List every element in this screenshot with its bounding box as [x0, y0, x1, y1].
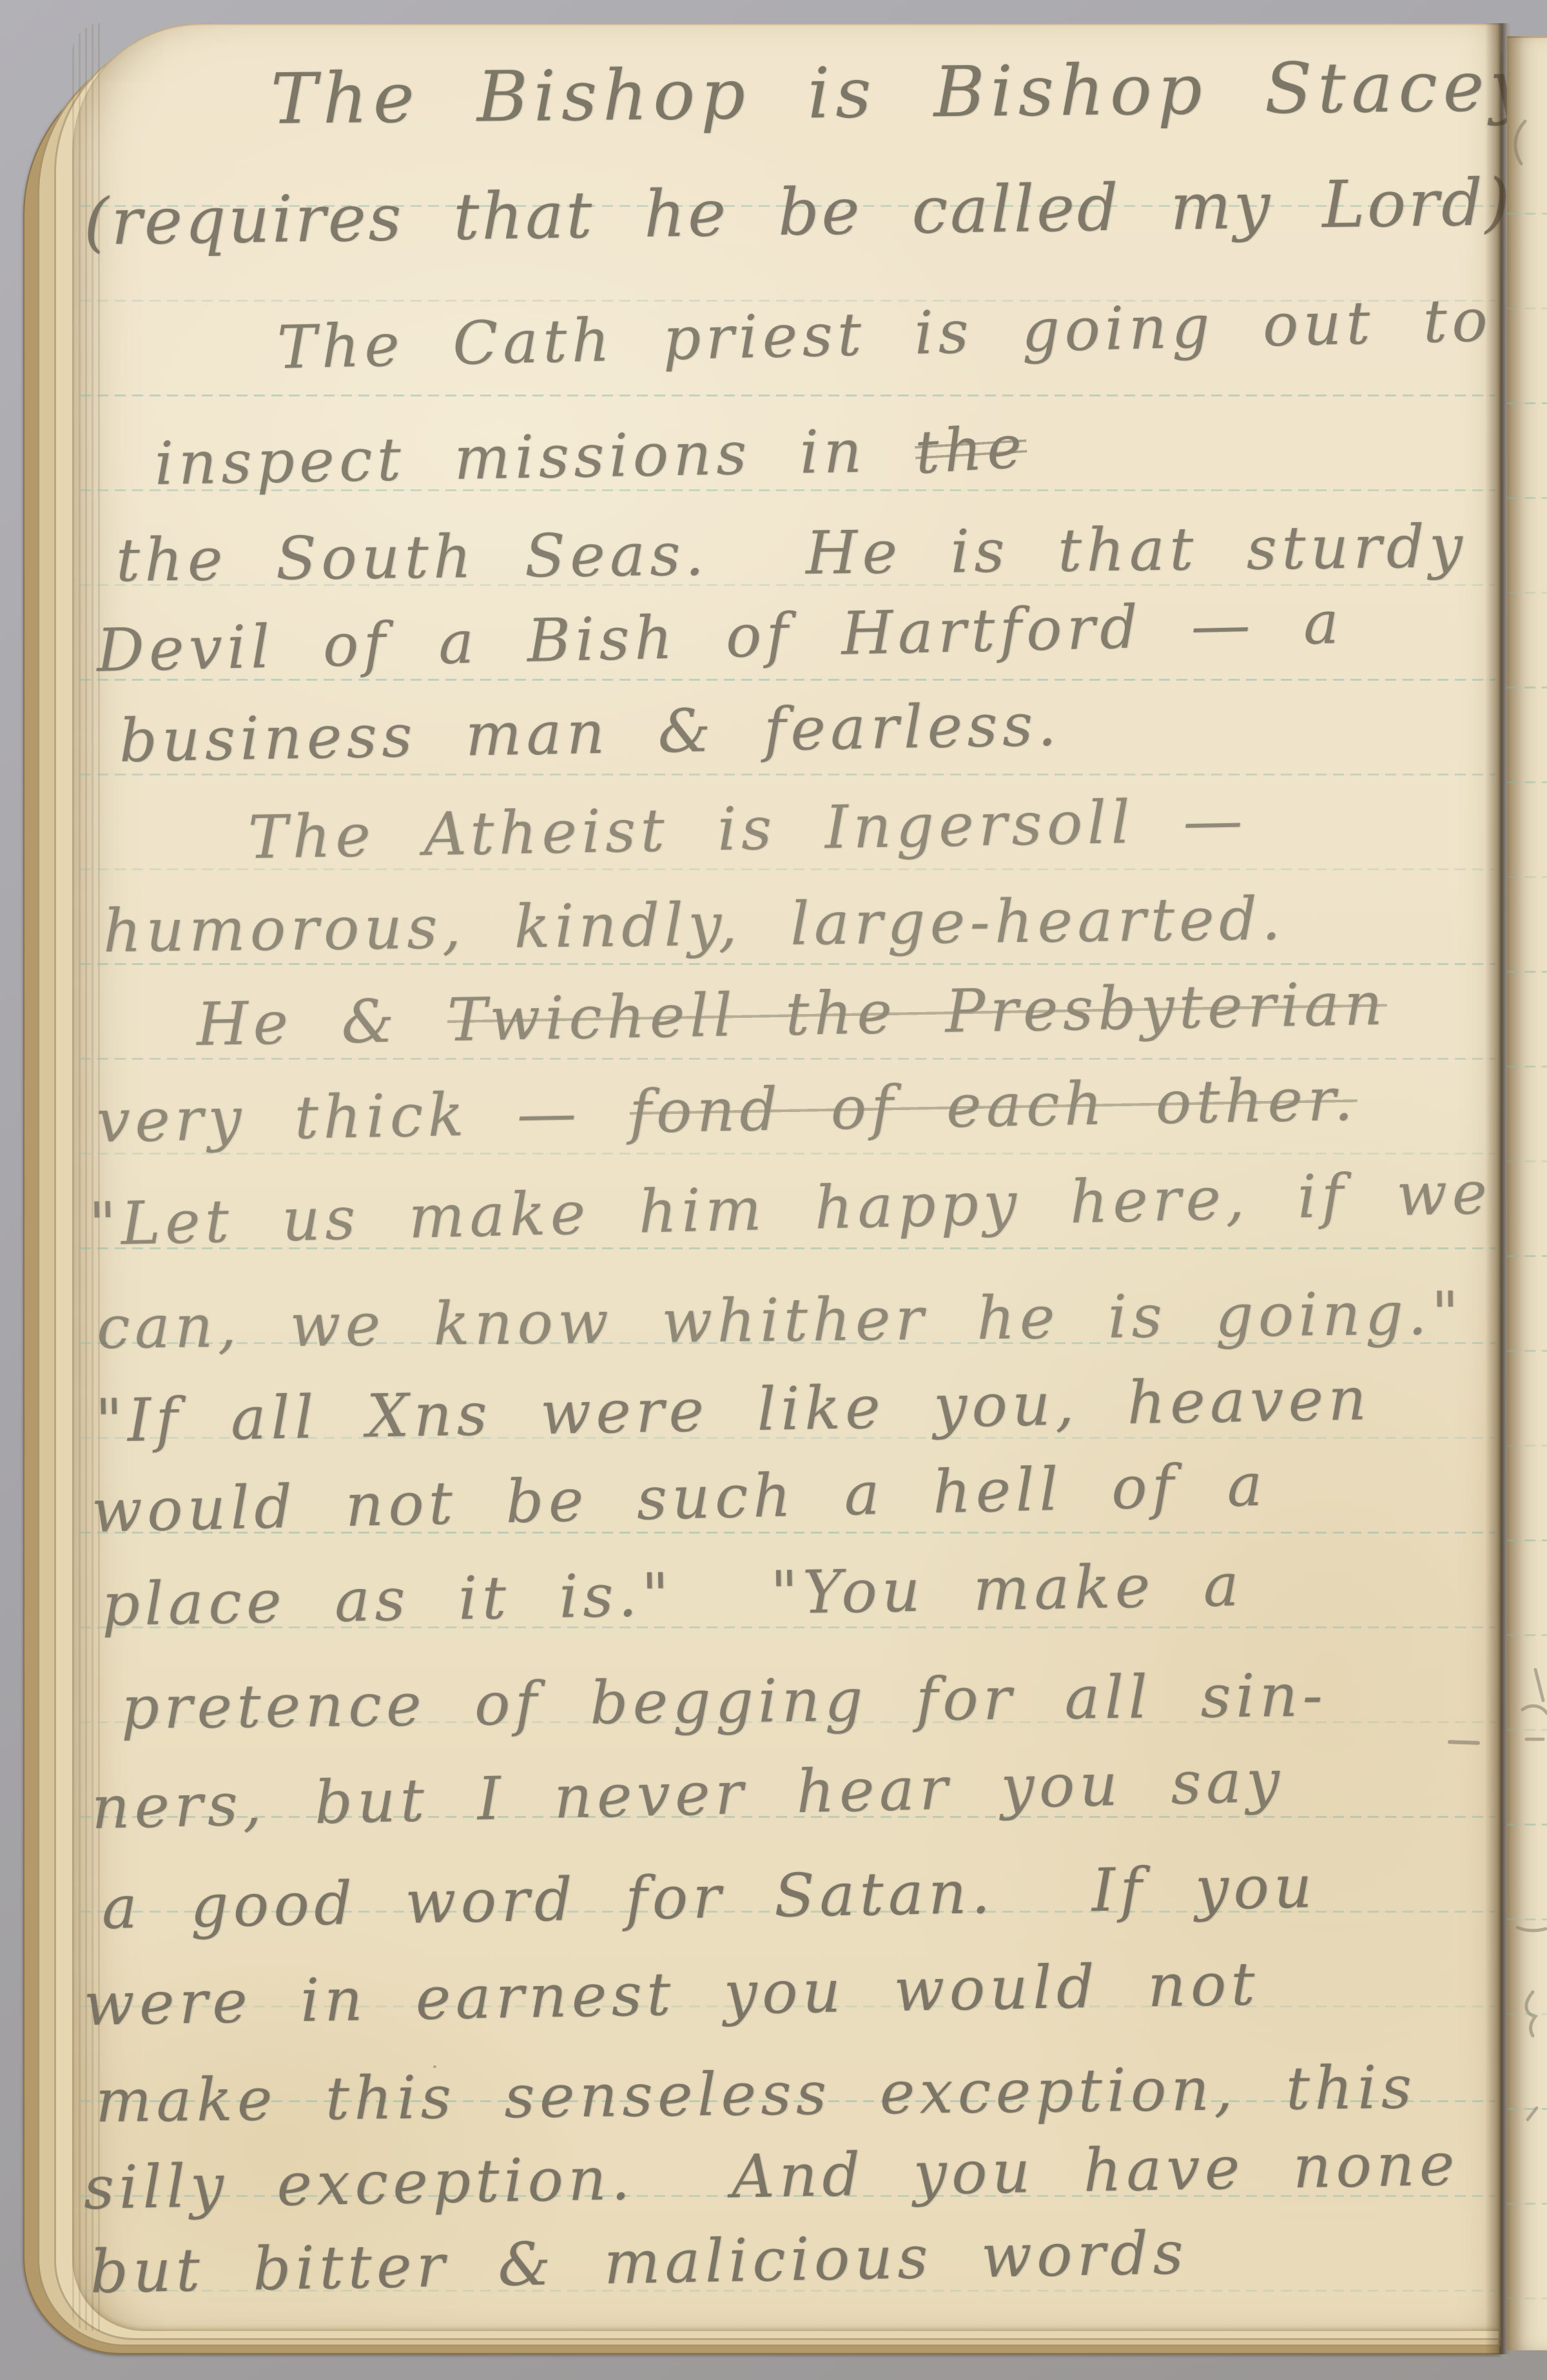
handwriting-text: The Cath priest is going out to: [277, 286, 1493, 382]
handwriting-line: The Atheist is Ingersoll —: [248, 791, 1247, 868]
handwriting-text: He &: [196, 986, 448, 1059]
handwriting-text: pretence of begging for all sin-: [121, 1661, 1327, 1742]
handwriting-line: business man & fearless.: [119, 696, 1062, 771]
handwriting-text: place as it is." "You make a: [101, 1550, 1244, 1639]
handwriting-text: The Atheist is Ingersoll —: [248, 786, 1248, 872]
handwriting-line: would not be such a hell of a: [91, 1456, 1268, 1541]
handwriting-text: The Bishop is Bishop Stacey: [270, 46, 1535, 140]
handwriting-line: ners, but I never hear you say: [91, 1751, 1285, 1838]
handwriting-line: very thick — fond of each other.: [96, 1070, 1358, 1151]
handwriting-line: silly exception. And you have none: [83, 2135, 1459, 2218]
handwriting-text: can, we know whither he is going.": [96, 1279, 1464, 1362]
handwriting-text: silly exception. And you have none: [83, 2130, 1459, 2223]
handwriting-text: inspect missions in: [154, 416, 915, 498]
handwriting-line: place as it is." "You make a: [101, 1556, 1244, 1635]
handwriting-text: business man & fearless.: [119, 690, 1062, 775]
handwriting-text: make this senseless exception, this: [95, 2053, 1416, 2136]
facing-page-pencil-fragments: [1507, 36, 1547, 2350]
handwriting-text: the South Seas. He is that sturdy: [115, 512, 1467, 595]
handwriting-text: humorous, kindly, large-hearted.: [102, 884, 1285, 966]
handwriting-line: "Let us make him happy here, if we: [88, 1164, 1492, 1254]
handwriting-line: inspect missions in the: [154, 419, 1027, 494]
handwriting-text: ners, but I never hear you say: [91, 1746, 1285, 1842]
handwriting-line: "If all Xns were like you, heaven: [95, 1369, 1372, 1451]
handwriting-line: a good word for Satan. If you: [101, 1857, 1317, 1938]
handwriting-line: make this senseless exception, this: [95, 2058, 1417, 2131]
handwriting-line: were in earnest you would not: [83, 1955, 1260, 2034]
handwriting-text: very thick —: [96, 1078, 630, 1156]
handwriting-text: were in earnest you would not: [83, 1949, 1260, 2039]
handwriting-line: (requires that he be called my Lord).: [83, 170, 1535, 255]
handwriting-line: The Bishop is Bishop Stacey: [270, 52, 1535, 135]
handwriting-line: Devil of a Bish of Hartford — a: [96, 593, 1344, 681]
handwriting-text: would not be such a hell of a: [91, 1450, 1268, 1546]
handwriting-text: "Let us make him happy here, if we: [88, 1158, 1493, 1259]
struck-text: the: [913, 417, 1028, 483]
handwriting-line: but bitter & malicious words: [90, 2223, 1189, 2302]
notebook-photo: The Bishop is Bishop Stacey(requires tha…: [0, 0, 1547, 2380]
handwriting-line: He & Twichell the Presbyterian: [196, 975, 1388, 1055]
handwriting-line: the South Seas. He is that sturdy: [116, 517, 1468, 590]
struck-text: fond of each other.: [629, 1065, 1358, 1147]
handwriting-text: but bitter & malicious words: [90, 2218, 1189, 2307]
handwriting-line: humorous, kindly, large-hearted.: [103, 890, 1286, 961]
handwriting-text: a good word for Satan. If you: [101, 1852, 1318, 1942]
handwriting-line: pretence of begging for all sin-: [121, 1666, 1328, 1738]
handwriting-text: Devil of a Bish of Hartford — a: [96, 588, 1345, 685]
page-gutter-shadow: [1485, 23, 1511, 2354]
manuscript-text: The Bishop is Bishop Stacey(requires tha…: [0, 0, 1547, 2380]
handwriting-text: (requires that he be called my Lord).: [83, 164, 1535, 260]
handwriting-text: "If all Xns were like you, heaven: [95, 1364, 1372, 1456]
struck-text: Twichell the Presbyterian: [447, 970, 1388, 1055]
handwriting-line: can, we know whither he is going.": [97, 1284, 1464, 1358]
handwriting-line: The Cath priest is going out to: [277, 291, 1493, 378]
facing-page-strip: [1507, 36, 1547, 2350]
